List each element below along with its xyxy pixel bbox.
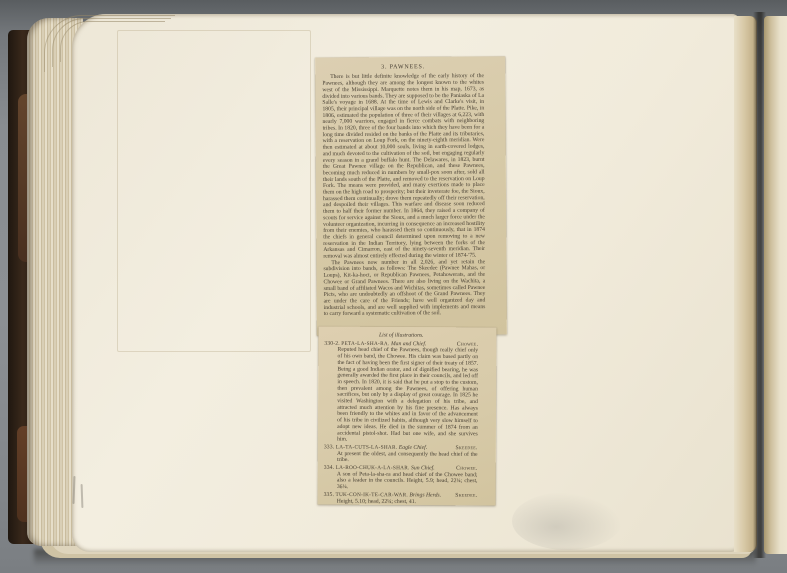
entry-number: 333. (324, 443, 334, 450)
clipping-paragraph-2: The Pawnees now number in all 2,026, and… (323, 258, 485, 317)
pasted-clipping-top: 3. PAWNEES. There is but little definite… (315, 56, 507, 335)
entry-description: At present the oldest, and consequently … (337, 450, 478, 464)
photo-background: 3. PAWNEES. There is but little definite… (0, 0, 787, 573)
clipping-text-block: 3. PAWNEES. There is but little definite… (322, 63, 485, 317)
album-page: 3. PAWNEES. There is but little definite… (72, 14, 740, 552)
entry-number: 334. (324, 464, 334, 471)
shadow-smudge (512, 492, 622, 550)
pencil-annotation (81, 484, 84, 508)
entry-band: Skeedee. (468, 492, 477, 498)
catalog-entry: Skeedee.333. LA-TA-CUTS-LA-SHAR. Eagle C… (324, 444, 478, 464)
page-corner-curve (60, 21, 165, 62)
pasted-clipping-bottom: List of illustrations. Chowee.330-2. PET… (318, 327, 497, 506)
show-through-impression (117, 30, 311, 352)
entry-description: A son of Peta-la-sha-ra and head chief o… (337, 471, 478, 491)
catalog-entry: Skeedee.335. TUK-CON-IK-TE-CAR-WAR. Brin… (324, 491, 478, 505)
entry-description: Reputed head chief of the Pawnees, thoug… (337, 346, 478, 443)
facing-page-block (764, 16, 787, 554)
catalog-entry: Chowee.330-2. PETA-LA-SHA-RA. Man and Ch… (324, 340, 478, 443)
entry-description: Height, 5.10; head, 22¼; chest, 41. (337, 498, 478, 505)
pencil-annotation (73, 476, 76, 504)
clipping-heading: 3. PAWNEES. (322, 63, 484, 71)
clipping-list-block: List of illustrations. Chowee.330-2. PET… (324, 332, 479, 505)
catalog-entry: Chowee.334. LA-ROO-CHUK-A-LA-SHAR. Sun C… (324, 464, 478, 490)
clipping-paragraph-1: There is but little definite knowledge o… (322, 73, 485, 260)
entry-number: 335. (324, 491, 334, 498)
list-of-illustrations-title: List of illustrations. (324, 332, 478, 339)
